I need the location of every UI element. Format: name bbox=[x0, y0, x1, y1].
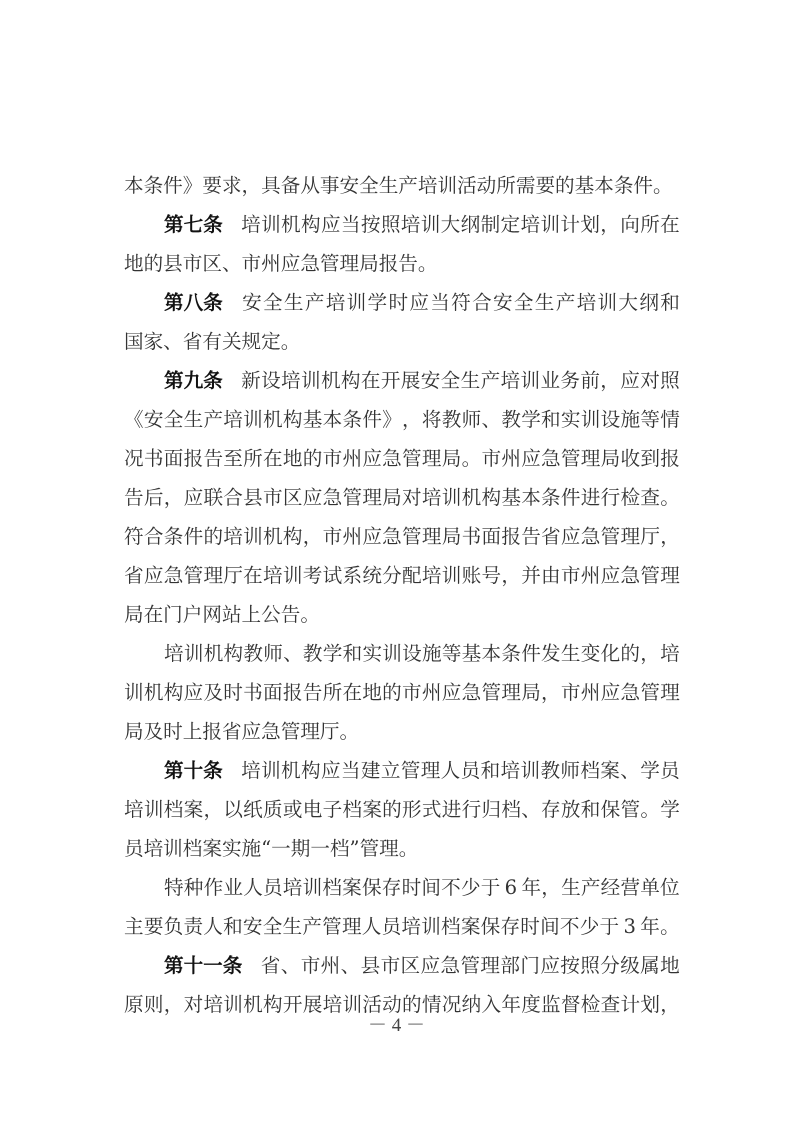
document-page: 本条件》要求，具备从事安全生产培训活动所需要的基本条件。第七条培训机构应当按照培… bbox=[0, 0, 793, 1122]
char: 分 bbox=[600, 946, 620, 985]
char: 产 bbox=[556, 283, 576, 322]
char: 理 bbox=[421, 751, 441, 790]
char: 和 bbox=[581, 790, 601, 829]
char: 应 bbox=[442, 673, 462, 712]
char: 所 bbox=[640, 205, 660, 244]
line-text: 国家、省有关规定。 bbox=[124, 330, 300, 353]
text-line: 特种作业人员培训档案保存时间不少于 6 年，生产经营单位 bbox=[124, 868, 680, 907]
char: 收 bbox=[620, 439, 640, 478]
char: 将 bbox=[422, 400, 442, 439]
char: 应 bbox=[321, 205, 341, 244]
char: 市 bbox=[323, 517, 343, 556]
char: 在 bbox=[660, 205, 680, 244]
char: 件 bbox=[521, 634, 541, 673]
char: 当 bbox=[341, 205, 361, 244]
char: 训 bbox=[520, 751, 540, 790]
char: 案 bbox=[342, 868, 362, 907]
char: 并 bbox=[521, 556, 541, 595]
char: 训 bbox=[184, 634, 204, 673]
char: 学 bbox=[323, 634, 343, 673]
char: 条 bbox=[164, 517, 184, 556]
char: 时 bbox=[223, 673, 243, 712]
char: 训 bbox=[581, 400, 601, 439]
char: 档 bbox=[322, 868, 342, 907]
char: 训 bbox=[442, 556, 462, 595]
char: 计 bbox=[560, 205, 580, 244]
char: 应 bbox=[540, 946, 560, 985]
char: 人 bbox=[203, 907, 223, 946]
char: 和 bbox=[343, 634, 363, 673]
char: 符 bbox=[124, 517, 144, 556]
char: 应 bbox=[601, 556, 621, 595]
char: 按 bbox=[560, 946, 580, 985]
char: 变 bbox=[581, 634, 601, 673]
char: 和 bbox=[541, 400, 561, 439]
char: 设 bbox=[261, 361, 281, 400]
char: 构 bbox=[481, 478, 501, 517]
char: 展 bbox=[401, 361, 421, 400]
char: 子 bbox=[323, 790, 343, 829]
char: 市 bbox=[481, 439, 501, 478]
char: 应 bbox=[321, 751, 341, 790]
char: 应 bbox=[561, 517, 581, 556]
char: 档 bbox=[501, 790, 521, 829]
char: 对 bbox=[640, 361, 660, 400]
char: 应 bbox=[421, 946, 441, 985]
char: 件 bbox=[362, 400, 382, 439]
char: 行 bbox=[462, 790, 482, 829]
char: 管 bbox=[402, 517, 422, 556]
char: 州 bbox=[501, 439, 521, 478]
char: 机 bbox=[321, 361, 341, 400]
char: 放 bbox=[561, 790, 581, 829]
char: 不 bbox=[560, 907, 580, 946]
char: 统 bbox=[362, 556, 382, 595]
char: 急 bbox=[462, 673, 482, 712]
char: 培 bbox=[501, 361, 521, 400]
char: 书 bbox=[144, 439, 164, 478]
char: 当 bbox=[430, 283, 450, 322]
char: 理 bbox=[660, 673, 680, 712]
char: 局 bbox=[442, 439, 462, 478]
char: 培 bbox=[164, 634, 184, 673]
char: 基 bbox=[303, 400, 323, 439]
char: 等 bbox=[442, 634, 462, 673]
text-line: 地的县市区、市州应急管理局报告。 bbox=[124, 244, 680, 283]
char: 产 bbox=[305, 283, 325, 322]
char: 化 bbox=[601, 634, 621, 673]
char: 厅 bbox=[640, 517, 660, 556]
char: 基 bbox=[501, 478, 521, 517]
char: 培 bbox=[223, 400, 243, 439]
char: 机 bbox=[263, 400, 283, 439]
char: 、 bbox=[521, 790, 541, 829]
char: 不 bbox=[441, 868, 461, 907]
text-line: 告后，应联合县市区应急管理局对培训机构基本条件进行检查。 bbox=[124, 478, 680, 517]
char: 管 bbox=[640, 673, 660, 712]
char: 合 bbox=[223, 478, 243, 517]
char: 训 bbox=[540, 205, 560, 244]
char: 以 bbox=[223, 790, 243, 829]
char: 设 bbox=[402, 634, 422, 673]
char: 档 bbox=[342, 790, 362, 829]
char: 门 bbox=[520, 946, 540, 985]
char: 3 bbox=[623, 907, 635, 946]
char: 机 bbox=[281, 751, 301, 790]
char: 应 bbox=[362, 439, 382, 478]
char: 训 bbox=[144, 790, 164, 829]
char: 师 bbox=[263, 634, 283, 673]
article-line: 第十一条省、市州、县市区应急管理部门应按照分级属地 bbox=[124, 946, 680, 985]
char: 告 bbox=[124, 478, 144, 517]
char: 州 bbox=[581, 556, 601, 595]
char: 在 bbox=[342, 673, 362, 712]
char: 。 bbox=[462, 439, 482, 478]
char: 构 bbox=[224, 634, 244, 673]
char: 理 bbox=[362, 478, 382, 517]
char: 学 bbox=[368, 283, 388, 322]
text-line: 《安全生产培训机构基本条件》，将教师、教学和实训设施等情 bbox=[124, 400, 680, 439]
char: 生 bbox=[284, 283, 304, 322]
char: 市 bbox=[402, 673, 422, 712]
char: 州 bbox=[321, 946, 341, 985]
char: 形 bbox=[402, 790, 422, 829]
char: 培 bbox=[241, 205, 261, 244]
char: 存 bbox=[541, 790, 561, 829]
char: 急 bbox=[620, 556, 640, 595]
char: 训 bbox=[261, 751, 281, 790]
char: 、 bbox=[481, 400, 501, 439]
char: 合 bbox=[144, 517, 164, 556]
char: 教 bbox=[501, 400, 521, 439]
document-body: 本条件》要求，具备从事安全生产培训活动所需要的基本条件。第七条培训机构应当按照培… bbox=[124, 166, 680, 1024]
char: ， bbox=[164, 478, 184, 517]
char: 条 bbox=[541, 478, 561, 517]
char: 管 bbox=[401, 751, 421, 790]
char: 业 bbox=[223, 868, 243, 907]
char: 理 bbox=[203, 556, 223, 595]
char: 教 bbox=[303, 634, 323, 673]
char: ， bbox=[600, 205, 620, 244]
char: 主 bbox=[124, 907, 144, 946]
char: 生 bbox=[535, 283, 555, 322]
char: 培 bbox=[263, 556, 283, 595]
char: 级 bbox=[620, 946, 640, 985]
text-line: 训机构应及时书面报告所在地的市州应急管理局，市州应急管理 bbox=[124, 673, 680, 712]
char: 州 bbox=[342, 517, 362, 556]
char: 全 bbox=[263, 283, 283, 322]
text-line: 本条件》要求，具备从事安全生产培训活动所需要的基本条件。 bbox=[124, 166, 680, 205]
char: 安 bbox=[242, 283, 262, 322]
char: 理 bbox=[422, 439, 442, 478]
char: 间 bbox=[540, 907, 560, 946]
char: 培 bbox=[326, 283, 346, 322]
char: 员 bbox=[461, 751, 481, 790]
text-line: 主要负责人和安全生产管理人员培训档案保存时间不少于 3 年。 bbox=[124, 907, 680, 946]
char: 局 bbox=[442, 517, 462, 556]
char: 负 bbox=[164, 907, 184, 946]
char: 员 bbox=[263, 868, 283, 907]
char: 年 bbox=[521, 868, 541, 907]
char: 省 bbox=[261, 946, 281, 985]
char: 应 bbox=[303, 478, 323, 517]
line-text: 本条件》要求，具备从事安全生产培训活动所需要的基本条件。 bbox=[124, 174, 673, 197]
char: 和 bbox=[481, 751, 501, 790]
char: 责 bbox=[183, 907, 203, 946]
char: 部 bbox=[500, 946, 520, 985]
char: 县 bbox=[243, 478, 263, 517]
char: 作 bbox=[204, 868, 224, 907]
text-line: 符合条件的培训机构，市州应急管理局书面报告省应急管理厅， bbox=[124, 517, 680, 556]
char: 教 bbox=[442, 400, 462, 439]
char: 急 bbox=[164, 556, 184, 595]
char: 省 bbox=[541, 517, 561, 556]
char: 产 bbox=[203, 400, 223, 439]
char: 局 bbox=[601, 439, 621, 478]
char: 省 bbox=[124, 556, 144, 595]
line-text: 局及时上报省应急管理厅。 bbox=[124, 720, 359, 743]
char: 急 bbox=[541, 439, 561, 478]
char: 州 bbox=[581, 673, 601, 712]
char: 存 bbox=[382, 868, 402, 907]
char: 理 bbox=[342, 907, 362, 946]
char: 全 bbox=[164, 400, 184, 439]
char: 况 bbox=[124, 439, 144, 478]
article-line: 第九条新设培训机构在开展安全生产培训业务前，应对照 bbox=[124, 361, 680, 400]
char: 保 bbox=[481, 907, 501, 946]
char: 及 bbox=[203, 673, 223, 712]
char: 构 bbox=[283, 400, 303, 439]
line-text: 局在门户网站上公告。 bbox=[124, 603, 320, 626]
char: 营 bbox=[620, 868, 640, 907]
char: 年 bbox=[640, 907, 660, 946]
char: 市 bbox=[263, 478, 283, 517]
char: 本 bbox=[482, 634, 502, 673]
char: 案 bbox=[600, 751, 620, 790]
char: 面 bbox=[481, 517, 501, 556]
char: 局 bbox=[382, 478, 402, 517]
char: 设 bbox=[601, 400, 621, 439]
char: 施 bbox=[422, 634, 442, 673]
char: 条 bbox=[501, 634, 521, 673]
char: 定 bbox=[501, 205, 521, 244]
char: 施 bbox=[620, 400, 640, 439]
text-line: 培训档案，以纸质或电子档案的形式进行归档、存放和保管。学 bbox=[124, 790, 680, 829]
char: 档 bbox=[441, 907, 461, 946]
text-line: 员培训档案实施“一期一档”管理。 bbox=[124, 829, 680, 868]
char: 训 bbox=[598, 283, 618, 322]
line-text: 员培训档案实施“一期一档”管理。 bbox=[124, 837, 418, 860]
char: 市 bbox=[561, 673, 581, 712]
char: 应 bbox=[362, 517, 382, 556]
char: 训 bbox=[243, 400, 263, 439]
char: 向 bbox=[620, 205, 640, 244]
char: 培 bbox=[401, 205, 421, 244]
char: 或 bbox=[283, 790, 303, 829]
char: 区 bbox=[401, 946, 421, 985]
char: 应 bbox=[601, 673, 621, 712]
char: ， bbox=[402, 400, 422, 439]
article-heading: 第十一条 bbox=[164, 946, 242, 985]
char: 管 bbox=[640, 556, 660, 595]
char: 地 bbox=[362, 673, 382, 712]
char: 的 bbox=[620, 634, 640, 673]
char: 构 bbox=[301, 751, 321, 790]
char: 机 bbox=[144, 673, 164, 712]
char: 管 bbox=[342, 478, 362, 517]
char: 员 bbox=[660, 751, 680, 790]
char: 告 bbox=[521, 517, 541, 556]
char: 务 bbox=[560, 361, 580, 400]
char: 训 bbox=[421, 907, 441, 946]
char: 保 bbox=[362, 868, 382, 907]
char: 本 bbox=[521, 478, 541, 517]
char: 对 bbox=[402, 478, 422, 517]
char: 训 bbox=[301, 361, 321, 400]
char: 员 bbox=[382, 907, 402, 946]
char: 符 bbox=[451, 283, 471, 322]
char: 。 bbox=[640, 790, 660, 829]
char: ， bbox=[660, 517, 680, 556]
char: ， bbox=[541, 868, 561, 907]
char: 产 bbox=[581, 868, 601, 907]
char: ， bbox=[541, 673, 561, 712]
char: 书 bbox=[243, 673, 263, 712]
char: 培 bbox=[422, 556, 442, 595]
char: 教 bbox=[243, 634, 263, 673]
char: 划 bbox=[580, 205, 600, 244]
char: 系 bbox=[342, 556, 362, 595]
char: 训 bbox=[243, 517, 263, 556]
article-heading: 第十条 bbox=[164, 751, 223, 790]
char: 管 bbox=[481, 673, 501, 712]
char: 大 bbox=[618, 283, 638, 322]
char: 等 bbox=[640, 400, 660, 439]
char: 管 bbox=[402, 439, 422, 478]
char: 安 bbox=[421, 361, 441, 400]
char: 6 bbox=[505, 868, 517, 907]
char: 培 bbox=[577, 283, 597, 322]
char: 市 bbox=[301, 946, 321, 985]
char: 合 bbox=[472, 283, 492, 322]
char: 于 bbox=[481, 868, 501, 907]
char: 告 bbox=[203, 439, 223, 478]
char: 管 bbox=[620, 790, 640, 829]
char: 地 bbox=[283, 439, 303, 478]
char: 新 bbox=[241, 361, 261, 400]
char: 县 bbox=[361, 946, 381, 985]
char: 人 bbox=[243, 868, 263, 907]
char: 账 bbox=[462, 556, 482, 595]
char: 》 bbox=[382, 400, 402, 439]
char: 厅 bbox=[223, 556, 243, 595]
char: 保 bbox=[601, 790, 621, 829]
char: 理 bbox=[501, 673, 521, 712]
article-line: 第十条培训机构应当建立管理人员和培训教师档案、学员 bbox=[124, 751, 680, 790]
char: 市 bbox=[381, 946, 401, 985]
char: 件 bbox=[561, 478, 581, 517]
char: 急 bbox=[581, 517, 601, 556]
char: 少 bbox=[580, 907, 600, 946]
char: 进 bbox=[442, 790, 462, 829]
char: 构 bbox=[301, 205, 321, 244]
char: 报 bbox=[283, 673, 303, 712]
char: 、 bbox=[281, 946, 301, 985]
char: 告 bbox=[303, 673, 323, 712]
char: 培 bbox=[283, 868, 303, 907]
char: 属 bbox=[640, 946, 660, 985]
char: 查 bbox=[640, 478, 660, 517]
char: 教 bbox=[540, 751, 560, 790]
char: 应 bbox=[620, 361, 640, 400]
char: 大 bbox=[441, 205, 461, 244]
char: 安 bbox=[243, 907, 263, 946]
char: 本 bbox=[323, 400, 343, 439]
char: 训 bbox=[303, 868, 323, 907]
char: 生 bbox=[461, 361, 481, 400]
char: 构 bbox=[283, 517, 303, 556]
article-heading: 第七条 bbox=[164, 205, 223, 244]
char: 电 bbox=[303, 790, 323, 829]
char: 全 bbox=[514, 283, 534, 322]
char: 制 bbox=[481, 205, 501, 244]
char: 人 bbox=[362, 907, 382, 946]
char: 前 bbox=[580, 361, 600, 400]
char: 急 bbox=[382, 517, 402, 556]
char: 单 bbox=[640, 868, 660, 907]
char: 急 bbox=[440, 946, 460, 985]
char: 实 bbox=[362, 634, 382, 673]
char: 时 bbox=[520, 907, 540, 946]
char: 纲 bbox=[639, 283, 659, 322]
char: 分 bbox=[382, 556, 402, 595]
char: 学 bbox=[660, 790, 680, 829]
char: 训 bbox=[382, 634, 402, 673]
char: 理 bbox=[581, 439, 601, 478]
char: 检 bbox=[620, 478, 640, 517]
char: 少 bbox=[461, 868, 481, 907]
char: 报 bbox=[660, 439, 680, 478]
char: 机 bbox=[204, 634, 224, 673]
char: 培 bbox=[660, 634, 680, 673]
char: ， bbox=[640, 634, 660, 673]
char: 区 bbox=[283, 478, 303, 517]
char: 报 bbox=[501, 517, 521, 556]
char: 应 bbox=[409, 283, 429, 322]
char: ， bbox=[203, 790, 223, 829]
char: 业 bbox=[540, 361, 560, 400]
char: 生 bbox=[561, 634, 581, 673]
text-line: 培训机构教师、教学和实训设施等基本条件发生变化的，培 bbox=[124, 634, 680, 673]
char: 应 bbox=[184, 673, 204, 712]
char: 产 bbox=[302, 907, 322, 946]
char: 学 bbox=[521, 400, 541, 439]
char: 构 bbox=[164, 673, 184, 712]
char: 人 bbox=[441, 751, 461, 790]
char: 培 bbox=[223, 517, 243, 556]
char: 、 bbox=[283, 634, 303, 673]
char: 质 bbox=[263, 790, 283, 829]
char: 训 bbox=[421, 205, 441, 244]
char: 、 bbox=[341, 946, 361, 985]
text-line: 局及时上报省应急管理厅。 bbox=[124, 712, 680, 751]
char: 纸 bbox=[243, 790, 263, 829]
char: 全 bbox=[263, 907, 283, 946]
char: 档 bbox=[580, 751, 600, 790]
char: 照 bbox=[580, 946, 600, 985]
char: 所 bbox=[323, 673, 343, 712]
char: 联 bbox=[203, 478, 223, 517]
